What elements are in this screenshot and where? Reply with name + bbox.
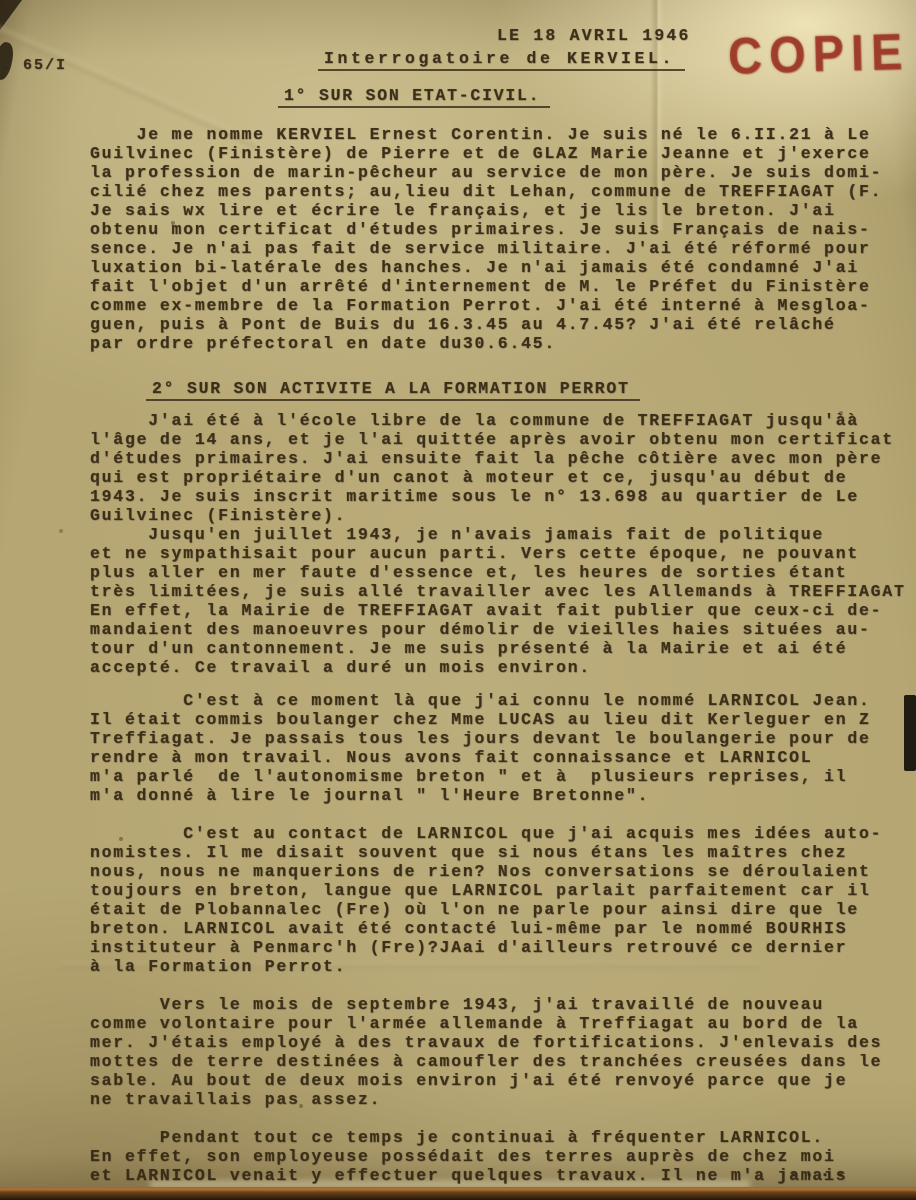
text-line: était de Plobannalec (Fre) où l'on ne pa… xyxy=(90,900,916,919)
text-line: ne travaillais pas assez. xyxy=(90,1090,916,1109)
paragraph: C'est au contact de LARNICOL que j'ai ac… xyxy=(90,824,916,976)
text-line: sable. Au bout de deux mois environ j'ai… xyxy=(90,1071,916,1090)
text-line: instituteur à Penmarc'h (Fre)?JAai d'ail… xyxy=(90,938,916,957)
text-line: très limitées, je suis allé travailler a… xyxy=(90,582,916,601)
text-line: Vers le mois de septembre 1943, j'ai tra… xyxy=(90,995,916,1014)
text-line: sence. Je n'ai pas fait de service milit… xyxy=(90,239,916,258)
text-line: et ne sympathisait pour aucun parti. Ver… xyxy=(90,544,916,563)
text-line: C'est à ce moment là que j'ai connu le n… xyxy=(90,691,916,710)
paper-specks xyxy=(0,0,2,2)
file-reference: W. 65/I xyxy=(0,56,67,75)
text-line: toujours en breton, langue que LARNICOL … xyxy=(90,881,916,900)
text-line: En effet, la Mairie de TREFFIAGAT avait … xyxy=(90,601,916,620)
text-line: mandaient des manoeuvres pour démolir de… xyxy=(90,620,916,639)
paragraph: J'ai été à l'école libre de la commune d… xyxy=(90,411,916,525)
paper-bottom-edge xyxy=(0,1187,916,1200)
text-line: cilié chez mes parents; au,lieu dit Leha… xyxy=(90,182,916,201)
text-line: la profession de marin-pêcheur au servic… xyxy=(90,163,916,182)
copie-stamp: COPIE xyxy=(727,21,910,85)
text-line: Il était commis boulanger chez Mme LUCAS… xyxy=(90,710,916,729)
text-line: à la Formation Perrot. xyxy=(90,957,916,976)
text-line: 1943. Je suis inscrit maritime sous le n… xyxy=(90,487,916,506)
text-line: Guilvinec (Finistère). xyxy=(90,506,916,525)
text-line: m'a donné à lire le journal " l'Heure Br… xyxy=(90,786,916,805)
text-line: par ordre préfectoral en date du30.6.45. xyxy=(90,334,916,353)
continuation-dots: .... xyxy=(788,1163,851,1182)
text-line: nous, nous ne manquerions de rien? Nos c… xyxy=(90,862,916,881)
paragraph: Je me nomme KERVIEL Ernest Corentin. Je … xyxy=(90,125,916,353)
text-line: mer. J'étais employé à des travaux de fo… xyxy=(90,1033,916,1052)
paragraph: C'est à ce moment là que j'ai connu le n… xyxy=(90,691,916,805)
text-line: guen, puis à Pont de Buis du 16.3.45 au … xyxy=(90,315,916,334)
text-line: luxation bi-latérale des hanches. Je n'a… xyxy=(90,258,916,277)
text-line: Pendant tout ce temps je continuai à fré… xyxy=(90,1128,916,1147)
text-line: Treffiagat. Je passais tous les jours de… xyxy=(90,729,916,748)
text-line: obtenu mon certificat d'études primaires… xyxy=(90,220,916,239)
document-title-text: Interrogatoire de KERVIEL. xyxy=(318,49,685,71)
document-page: W. 65/I LE 18 AVRIL 1946 Interrogatoire … xyxy=(0,0,916,1200)
text-line: J'ai été à l'école libre de la commune d… xyxy=(90,411,916,430)
text-line: accepté. Ce travail a duré un mois envir… xyxy=(90,658,916,677)
text-line: l'âge de 14 ans, et je l'ai quittée aprè… xyxy=(90,430,916,449)
text-line: fait l'objet d'un arrêté d'internement d… xyxy=(90,277,916,296)
text-line: comme volontaire pour l'armée allemande … xyxy=(90,1014,916,1033)
section-heading-1-text: 1° SUR SON ETAT-CIVIL. xyxy=(278,86,550,108)
document-date: LE 18 AVRIL 1946 xyxy=(497,26,691,45)
text-line: m'a parlé de l'autonomisme breton " et à… xyxy=(90,767,916,786)
text-line: rendre à mon travail. Nous avons fait co… xyxy=(90,748,916,767)
text-line: Guilvinec (Finistère) de Pierre et de GL… xyxy=(90,144,916,163)
text-line: nomistes. Il me disait souvent que si no… xyxy=(90,843,916,862)
text-line: qui est propriétaire d'un canot à moteur… xyxy=(90,468,916,487)
text-line: comme ex-membre de la Formation Perrot. … xyxy=(90,296,916,315)
text-line: tour d'un cantonnement. Je me suis prése… xyxy=(90,639,916,658)
text-line: Jusqu'en juillet 1943, je n'avais jamais… xyxy=(90,525,916,544)
text-line: d'études primaires. J'ai ensuite fait la… xyxy=(90,449,916,468)
paragraph: Jusqu'en juillet 1943, je n'avais jamais… xyxy=(90,525,916,677)
text-line: breton. LARNICOL avait été contacté lui-… xyxy=(90,919,916,938)
text-line: mottes de terre destinées à camoufler de… xyxy=(90,1052,916,1071)
paragraph: Vers le mois de septembre 1943, j'ai tra… xyxy=(90,995,916,1109)
section-heading-2: 2° SUR SON ACTIVITE A LA FORMATION PERRO… xyxy=(146,379,640,401)
text-line: Je sais wx lire et écrire le français, e… xyxy=(90,201,916,220)
text-line: plus aller en mer faute d'essence et, le… xyxy=(90,563,916,582)
document-title: Interrogatoire de KERVIEL. xyxy=(318,49,685,71)
section-heading-2-text: 2° SUR SON ACTIVITE A LA FORMATION PERRO… xyxy=(146,379,640,401)
text-line: Je me nomme KERVIEL Ernest Corentin. Je … xyxy=(90,125,916,144)
paper-corner-shadow xyxy=(0,0,22,30)
section-heading-1: 1° SUR SON ETAT-CIVIL. xyxy=(278,86,550,108)
text-line: C'est au contact de LARNICOL que j'ai ac… xyxy=(90,824,916,843)
